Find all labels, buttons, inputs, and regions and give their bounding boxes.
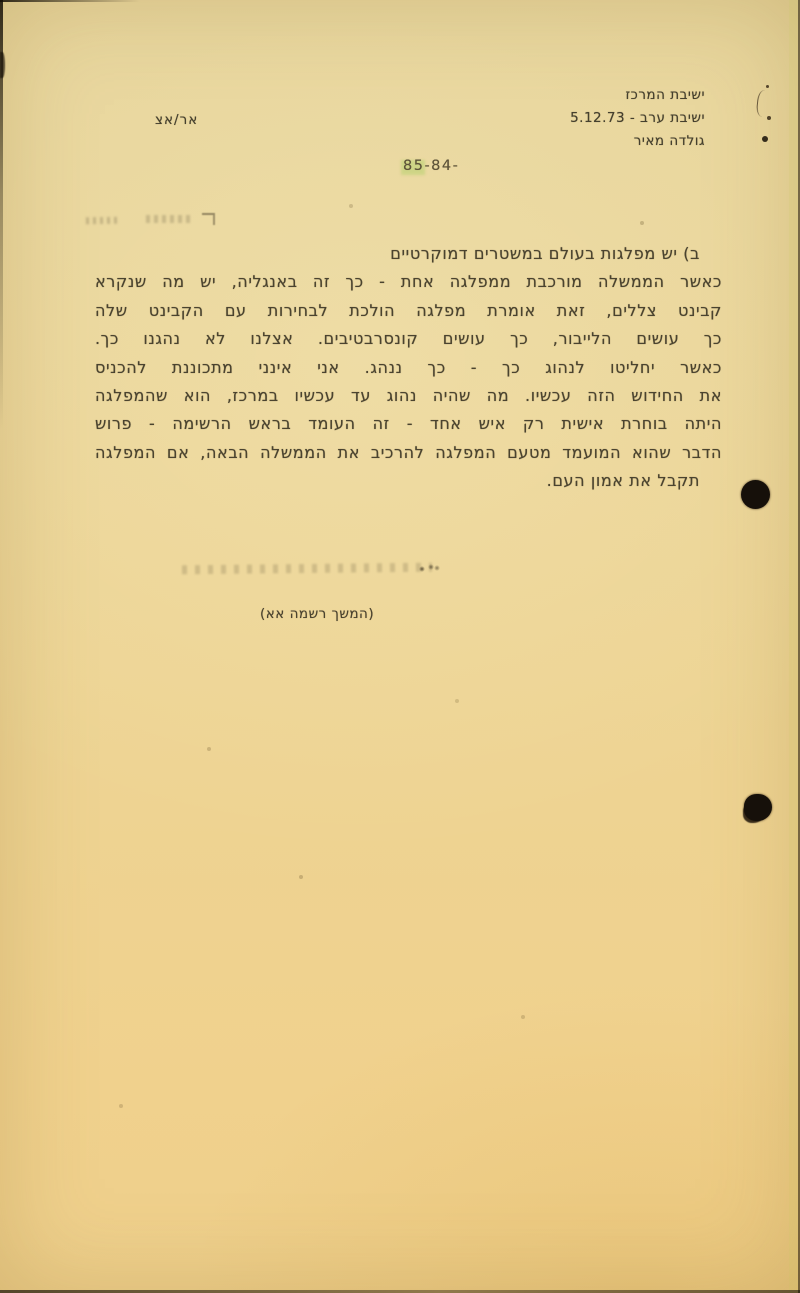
ink-bleed-smudge bbox=[418, 564, 442, 574]
ink-bleed-smudge bbox=[182, 563, 432, 575]
header-speaker-name: גולדה מאיר bbox=[570, 130, 705, 153]
pen-mark-curve bbox=[756, 89, 772, 117]
body-line: ב) יש מפלגות בעולם במשטרים דמוקרטיים bbox=[95, 240, 722, 268]
ink-bleed-smudge bbox=[86, 217, 120, 225]
pen-mark-dot bbox=[767, 116, 771, 120]
body-paragraph: ב) יש מפלגות בעולם במשטרים דמוקרטיים כאש… bbox=[95, 240, 722, 496]
page-number: 85-84- bbox=[403, 158, 459, 174]
body-line: היתה בוחרת אישית רק איש אחד - זה העומד ב… bbox=[95, 410, 722, 438]
header-session-title: ישיבת המרכז bbox=[570, 84, 705, 107]
header-session-date: ישיבת ערב - 5.12.73 bbox=[570, 107, 705, 130]
pen-mark-dot bbox=[762, 136, 768, 142]
hole-punch bbox=[741, 480, 770, 509]
ink-bleed-smudge bbox=[146, 215, 190, 223]
body-line: הדבר שהוא המועמד מטעם המפלגה להרכיב את ה… bbox=[95, 439, 722, 467]
body-line: כאשר הממשלה מורכבת ממפלגה אחת - כך זה בא… bbox=[95, 268, 722, 296]
continuation-note: (המשך רשמה אא) bbox=[260, 606, 374, 622]
pen-mark-dot bbox=[766, 85, 769, 88]
scan-edge-right-strip bbox=[789, 0, 798, 1293]
reference-code: אר/אצ bbox=[155, 112, 198, 128]
body-line: את החידוש הזה עכשיו. מה שהיה נהוג עד עכש… bbox=[95, 382, 722, 410]
body-line: תקבל את אמון העם. bbox=[95, 467, 722, 495]
document-header: ישיבת המרכז ישיבת ערב - 5.12.73 גולדה מא… bbox=[570, 84, 705, 153]
body-line: קבינט צללים, זאת אומרת מפלגה הולכת לבחיר… bbox=[95, 297, 722, 325]
scanned-document-page: ישיבת המרכז ישיבת ערב - 5.12.73 גולדה מא… bbox=[0, 0, 800, 1293]
hole-punch bbox=[744, 794, 772, 821]
body-line: כאשר יחליטו לנהוג כך - כך ננהג. אני איננ… bbox=[95, 354, 722, 382]
scan-edge-blob bbox=[0, 52, 5, 78]
paper-specks bbox=[0, 0, 2, 2]
ink-bleed-smudge bbox=[202, 213, 215, 225]
body-line: כך עושים הלייבור, כך עושים קונסרבטיבים. … bbox=[95, 325, 722, 353]
scan-edge-top bbox=[0, 0, 140, 2]
